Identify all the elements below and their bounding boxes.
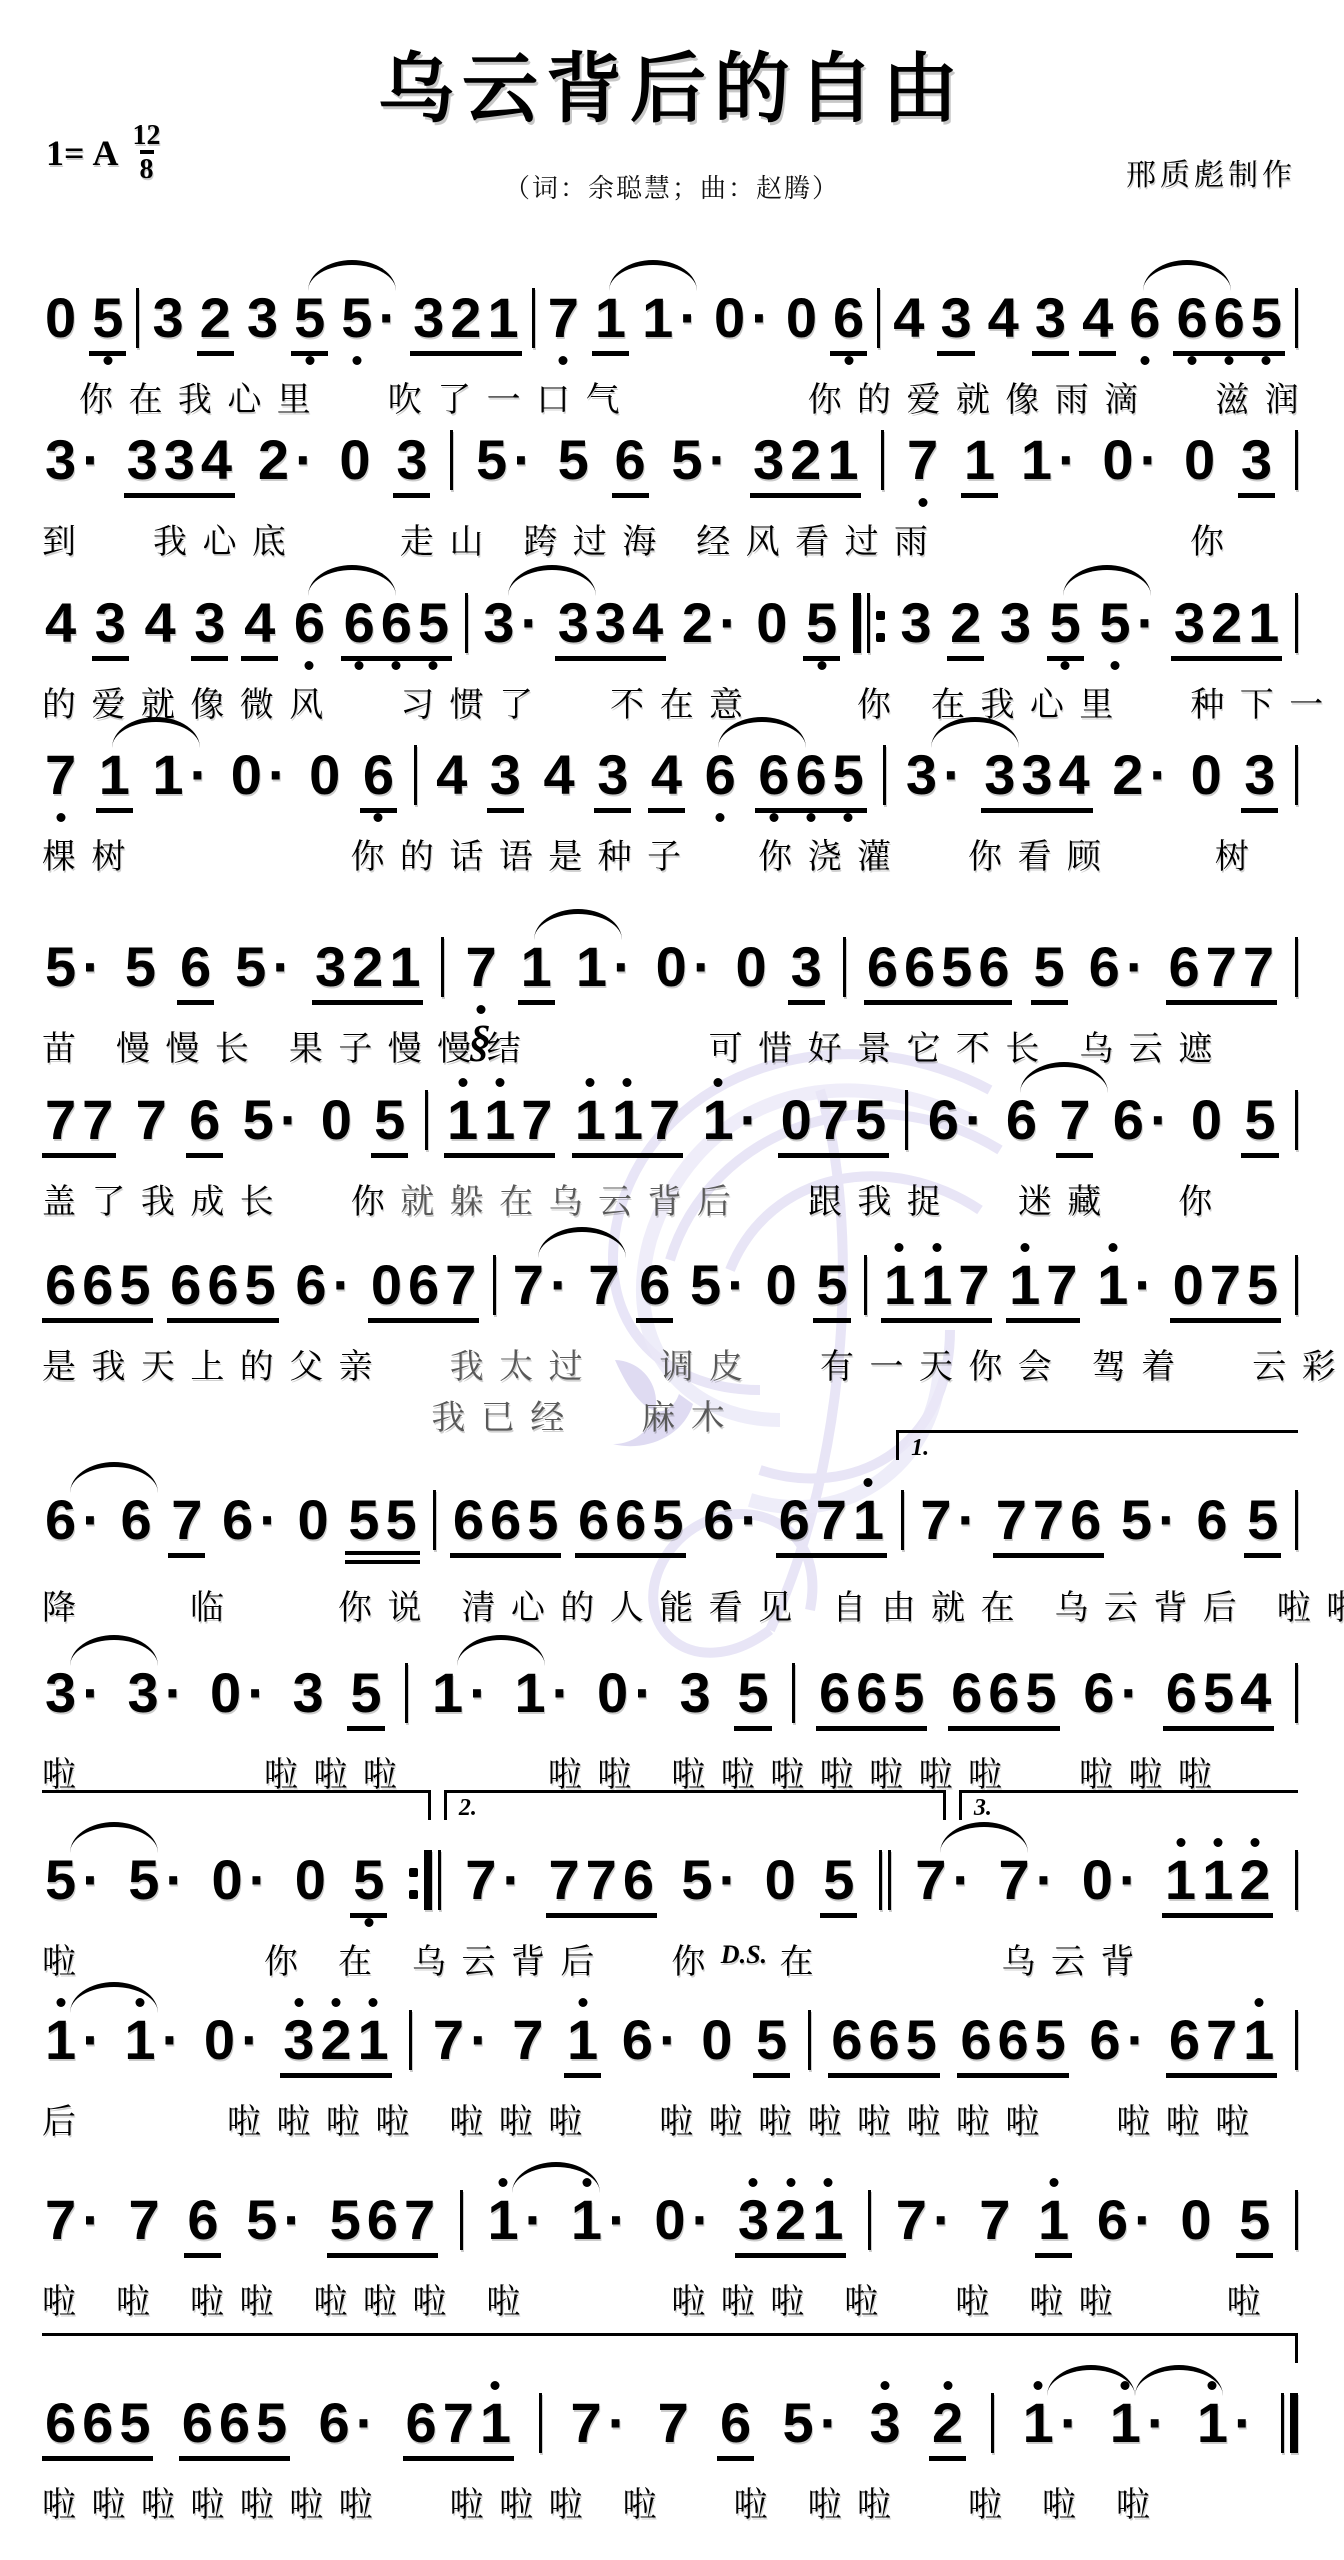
note: 1· (1018, 408, 1080, 488)
note-digit: 6 (1163, 1665, 1200, 1721)
note-digit: 5 (938, 939, 975, 995)
note: 6 (117, 1468, 154, 1548)
note: 3 (149, 266, 186, 346)
note-digit: 5 (240, 1092, 277, 1148)
note-digit: 3 (594, 747, 631, 803)
lyric-segment: 啦 啦 啦 啦 啦 啦 啦 啦 啦 啦 啦 啦 啦 啦 啦 啦 (42, 2283, 1264, 2321)
note: 1 (961, 408, 998, 498)
note-digit: 6 (702, 747, 739, 803)
note-digit: 5 (852, 1092, 889, 1148)
note: 665 (341, 571, 452, 661)
note-digit: 7 (1056, 1092, 1093, 1148)
note-digit: 6 (42, 2395, 79, 2451)
note-digit: 6 (717, 2395, 754, 2451)
note-digit: 5 (42, 939, 79, 995)
note-digit: 0 (1079, 1852, 1116, 1908)
note-digit: 4 (985, 290, 1022, 346)
augmentation-dot: · (930, 2192, 955, 2248)
music-system-8: 1.6·676·0556656656·6717·7765·65降 临 你 说 清… (42, 1468, 1298, 1629)
note-digit: 6 (291, 595, 328, 651)
augmentation-dot: · (79, 1665, 104, 1721)
note: 3 (677, 1641, 714, 1721)
note-digit: 1 (1018, 432, 1055, 488)
barline (409, 2010, 412, 2070)
note: 5 (1047, 571, 1084, 661)
note-digit: 6 (901, 939, 938, 995)
note-digit: 4 (198, 432, 235, 488)
note-digit: 3 (1171, 595, 1208, 651)
note-digit: 6 (219, 1492, 256, 1548)
augmentation-dot: · (690, 939, 715, 995)
note-digit: 6 (865, 2012, 902, 2068)
note: 0 (306, 723, 343, 803)
augmentation-dot: · (499, 1852, 524, 1908)
augmentation-dot: · (79, 1492, 104, 1548)
note-digit: 0 (368, 1257, 405, 1313)
note-digit: 7 (1203, 2012, 1240, 2068)
note-digit: 3 (1238, 432, 1275, 488)
note-digit: 3 (592, 595, 629, 651)
note: 5· (240, 1068, 302, 1148)
note-digit: 5 (116, 2395, 153, 2451)
note-digit: 7 (993, 1492, 1030, 1548)
note-digit: 5 (1241, 1092, 1278, 1148)
note-digit: 5 (350, 1852, 387, 1908)
note-digit: 1 (149, 747, 186, 803)
note-digit: 1 (609, 1092, 646, 1148)
note: 6· (1086, 915, 1148, 995)
note: 0 (295, 1468, 332, 1548)
augmentation-dot: · (466, 1665, 491, 1721)
note-digit: 7 (168, 1492, 205, 1548)
music-system-13: 6656656·6717·765·321·1·1·啦 啦 啦 啦 啦 啦 啦 啦… (42, 2371, 1298, 2526)
barline-group (879, 1828, 891, 1910)
note-digit: 7 (583, 1852, 620, 1908)
note-digit: 0 (698, 2012, 735, 2068)
note: 0· (1099, 408, 1161, 488)
music-system-10: 2.3.5·5·0·057·7765·057·7·0·112啦 你 在 乌 云 … (42, 1828, 1298, 1983)
note-digit: 7 (545, 290, 582, 346)
note: 5 (734, 1641, 771, 1731)
note-digit: 3 (555, 595, 592, 651)
note-digit: 5 (890, 1665, 927, 1721)
barline (539, 2393, 542, 2453)
lyrics-row: 啦 啦 啦 啦 啦 啦 啦 啦 啦 啦 啦 啦 啦 啦 啦 啦 啦 (42, 2477, 1298, 2526)
note-digit: 6 (612, 432, 649, 488)
note: 1· (1194, 2371, 1256, 2451)
note: 6 (186, 1068, 223, 1158)
note: 1 (518, 915, 555, 1005)
lyrics-row: 棵 树 你 的 话 语 是 种 子 你 浇 灌 你 看 顾 树 (42, 829, 1298, 878)
note: 7 (904, 408, 941, 488)
note: 2 (947, 571, 984, 661)
note: 6· (1080, 1641, 1142, 1721)
volta-bracket: 3. (959, 1790, 1298, 1820)
note-digit: 6 (985, 1665, 1022, 1721)
note-digit: 6 (450, 1492, 487, 1548)
note-digit: 0 (207, 1665, 244, 1721)
note: 1· (568, 2168, 630, 2248)
note-digit: 7 (655, 2395, 692, 2451)
note-digit: 7 (815, 1092, 852, 1148)
note-digit: 5 (473, 432, 510, 488)
note: 0· (201, 1988, 263, 2068)
note-digit: 5 (1200, 1665, 1237, 1721)
note: 6· (315, 2371, 377, 2451)
barline (881, 430, 884, 490)
note-digit: 3 (1241, 747, 1278, 803)
music-system-12: 7·765·5671·1·0·3217·716·05啦 啦 啦 啦 啦 啦 啦 … (42, 2168, 1298, 2323)
note: 671 (403, 2371, 514, 2461)
lyrics-row: 是 我 天 上 的 父 亲 我 太 过 调 皮 有 一 天 你 会 驾 着 云 … (42, 1339, 1298, 1388)
notes-row: 1·1·0·3217·716·056656656·671 (42, 1988, 1298, 2078)
augmentation-dot: · (1131, 1257, 1156, 1313)
note: 5 (555, 408, 592, 488)
note-digit: 3 (981, 747, 1018, 803)
note-digit: 6 (292, 1257, 329, 1313)
note-digit: 5 (830, 747, 867, 803)
note-digit: 4 (142, 595, 179, 651)
lyric-segment: 调 皮 (660, 1348, 746, 1386)
barline (424, 1850, 432, 1910)
note-digit: 7 (893, 2192, 930, 2248)
note-digit: 5 (89, 290, 126, 346)
note-digit: 6 (179, 2395, 216, 2451)
note-digit: 6 (1080, 1665, 1117, 1721)
augmentation-dot: · (1123, 939, 1148, 995)
note-digit: 0 (711, 290, 748, 346)
note: 55 (345, 1468, 419, 1564)
note: 3 (937, 266, 974, 356)
augmentation-dot: · (549, 1665, 574, 1721)
note-digit: 0 (1188, 747, 1225, 803)
note: 665 (450, 1468, 561, 1558)
augmentation-dot: · (238, 2012, 263, 2068)
note-digit: 3 (42, 1665, 79, 1721)
note: 0· (1079, 1828, 1141, 1908)
lyric-segment: 的 爱 就 像 微 风 习 惯 了 不 在 意 你 在 我 心 里 种 下 一 (42, 686, 1326, 724)
note: 3· (903, 723, 965, 803)
maker-credit: 邢质彪制作 (1126, 150, 1296, 194)
lyric-segment: 有 一 天 你 会 驾 着 云 彩 (746, 1348, 1339, 1386)
note-digit: 7 (568, 2395, 605, 2451)
augmentation-dot: · (330, 1257, 355, 1313)
note-digit: 2 (772, 2192, 809, 2248)
note: 0 (753, 571, 790, 651)
augmentation-dot: · (246, 1852, 271, 1908)
note: 5· (232, 915, 294, 995)
note-digit: 5 (42, 1852, 79, 1908)
note-digit: 1 (1199, 1852, 1236, 1908)
note: 4 (142, 571, 179, 651)
barline (888, 1850, 891, 1910)
note-digit: 1 (961, 432, 998, 488)
augmentation-dot: · (269, 939, 294, 995)
note: 0· (208, 1828, 270, 1908)
note: 665 (42, 1233, 153, 1323)
barline (864, 1255, 867, 1315)
note-digit: 6 (948, 1665, 985, 1721)
note-digit: 3 (125, 1665, 162, 1721)
lyric-segment: 啦 你 在 乌 云 背 后 你 (42, 1943, 721, 1981)
note-digit: 6 (864, 939, 901, 995)
volta-bracket (42, 2333, 1298, 2363)
note-digit: 0 (753, 595, 790, 651)
note: 6 (1126, 266, 1163, 346)
note: 0 (733, 915, 770, 995)
note-digit: 5 (116, 1257, 153, 1313)
note-digit: 3 (897, 595, 934, 651)
note-digit: 7 (79, 1092, 116, 1148)
note: 0 (336, 408, 373, 488)
barline (1295, 430, 1298, 490)
note: 6· (1094, 2168, 1156, 2248)
note: 0 (1188, 1068, 1225, 1148)
note-digit: 0 (336, 432, 373, 488)
note-digit: 5 (122, 939, 159, 995)
barline (532, 288, 535, 348)
note-digit: 3 (750, 432, 787, 488)
augmentation-dot: · (522, 2192, 547, 2248)
note: 5 (1236, 2168, 1273, 2258)
note-digit: 6 (776, 1492, 813, 1548)
note: 6· (292, 1233, 354, 1313)
note: 1· (429, 1641, 491, 1721)
note: 6· (219, 1468, 281, 1548)
note-digit: 0 (295, 1492, 332, 1548)
lyric-segment: 在 乌 云 背 (767, 1943, 1137, 1981)
barline (425, 1090, 428, 1150)
note: 3 (1241, 723, 1278, 813)
note-digit: 6 (995, 2012, 1032, 2068)
note-digit: 2 (197, 290, 234, 346)
note: 5· (243, 2168, 305, 2248)
note: 654 (1163, 1641, 1274, 1731)
lyric-segment: 跟 我 捉 迷 藏 你 (734, 1183, 1215, 1221)
augmentation-dot: · (510, 432, 535, 488)
note: 5 (350, 1828, 387, 1918)
repeat-dots (876, 611, 885, 642)
note-digit: 7 (463, 939, 500, 995)
note-digit: 0 (762, 1257, 799, 1313)
lyric-segment: 盖 了 我 成 长 你 (42, 1183, 400, 1221)
note: 665 (948, 1641, 1059, 1731)
note-digit: 6 (79, 2395, 116, 2451)
note: 7· (462, 1828, 524, 1908)
augmentation-dot: · (676, 290, 701, 346)
barline (877, 288, 880, 348)
note-digit: 6 (620, 1852, 657, 1908)
note-digit: 5 (649, 1492, 686, 1548)
note-digit: 7 (509, 2012, 546, 2068)
note-digit: 5 (903, 2012, 940, 2068)
note: 6· (42, 1468, 104, 1548)
note-digit: 6 (755, 747, 792, 803)
note-digit: 6 (204, 1257, 241, 1313)
note-digit: 2 (317, 2012, 354, 2068)
note-digit: 7 (42, 747, 79, 803)
note: 5· (125, 1828, 187, 1908)
note-digit: 1 (639, 290, 676, 346)
note-digit: 7 (42, 2192, 79, 2248)
note-digit: 0 (594, 1665, 631, 1721)
note: 6 (177, 915, 214, 1005)
note-digit: 5 (1047, 595, 1084, 651)
note: 776 (993, 1468, 1104, 1558)
augmentation-dot: · (706, 432, 731, 488)
note: 7 (976, 2168, 1013, 2248)
barline (493, 1255, 496, 1315)
note-digit: 5 (687, 1257, 724, 1313)
barline (868, 2190, 871, 2250)
volta-bracket (42, 1790, 431, 1820)
note-digit: 7 (133, 1092, 170, 1148)
notes-row: 3·3342·035·565·321711·0·03 (42, 408, 1298, 498)
note-digit: 5 (241, 1257, 278, 1313)
note-digit: 7 (1207, 1257, 1244, 1313)
note-digit: 6 (1166, 939, 1203, 995)
note: 5 (813, 1233, 850, 1323)
note-digit: 7 (904, 432, 941, 488)
note: 3 (290, 1641, 327, 1721)
augmentation-dot: · (375, 290, 400, 346)
barline (1295, 1663, 1298, 1723)
augmentation-dot: · (162, 1665, 187, 1721)
note-digit: 4 (540, 747, 577, 803)
notes-row: 7·765·5671·1·0·3217·716·05 (42, 2168, 1298, 2258)
barline (843, 937, 846, 997)
note-digit: 7 (430, 2012, 467, 2068)
note: 5 (291, 266, 328, 356)
note: 5 (1241, 1068, 1278, 1158)
note: 5 (89, 266, 126, 356)
lyric-segment: 苗 慢 慢 长 果 子 慢 慢 结 可 惜 好 景 它 不 长 乌 云 遮 (42, 1030, 1215, 1068)
barline (1281, 2393, 1284, 2453)
note-digit: 3 (937, 290, 974, 346)
note: 5· (42, 1828, 104, 1908)
note: 117 (444, 1068, 555, 1158)
note-digit: 0 (1099, 432, 1136, 488)
note-digit: 6 (816, 1665, 853, 1721)
note: 7 (463, 915, 500, 995)
note: 6 (717, 2371, 754, 2461)
note: 6 (291, 571, 328, 651)
note-digit: 5 (347, 1665, 384, 1721)
note: 776 (546, 1828, 657, 1918)
note-digit: 0 (783, 290, 820, 346)
augmentation-dot: · (79, 2192, 104, 2248)
note-digit: 5 (345, 1492, 382, 1548)
notes-row: 2.3.5·5·0·057·7765·057·7·0·112 (42, 1828, 1298, 1918)
note: 5· (42, 915, 104, 995)
note: 3· (125, 1641, 187, 1721)
note-digit: 1 (1194, 2395, 1231, 2451)
note: 7· (42, 2168, 104, 2248)
note-digit: 0 (306, 747, 343, 803)
augmentation-dot: · (162, 1852, 187, 1908)
note-digit: 5 (803, 595, 840, 651)
augmentation-dot: · (954, 1492, 979, 1548)
note-digit: 5 (668, 432, 705, 488)
lyrics-row: 的 爱 就 像 微 风 习 惯 了 不 在 意 你 在 我 心 里 种 下 一 (42, 677, 1298, 726)
note: 0 (762, 1828, 799, 1908)
note-digit: 5 (1096, 595, 1133, 651)
note-digit: 1 (824, 432, 861, 488)
note: 671 (776, 1468, 887, 1558)
note: 321 (312, 915, 423, 1005)
notes-row: 711·0·064343466653·3342·03 (42, 723, 1298, 813)
barline (465, 593, 468, 653)
note: 7 (585, 1233, 622, 1313)
note-digit: 3 (997, 595, 1034, 651)
note-digit: 1 (1035, 2192, 1072, 2248)
note: 3· (42, 408, 104, 488)
augmentation-dot: · (605, 2192, 630, 2248)
note-digit: 6 (117, 1492, 154, 1548)
note: 321 (280, 1988, 391, 2078)
note-digit: 1 (1094, 1257, 1131, 1313)
lyric-segment: 降 临 你 说 清 心 的 人 能 看 见 自 由 就 在 乌 云 背 后 啦 … (42, 1589, 1344, 1627)
note-digit: 6 (1003, 1092, 1040, 1148)
note-digit: 3 (280, 2012, 317, 2068)
lyric-segment: 到 我 心 底 走 山 跨 过 海 经 风 看 过 雨 你 (42, 523, 1227, 561)
note-digit: 7 (585, 1257, 622, 1313)
augmentation-dot: · (256, 1492, 281, 1548)
note: 671 (1166, 1988, 1277, 2078)
note-digit: 6 (1067, 1492, 1104, 1548)
note-digit: 1 (96, 747, 133, 803)
note: 0· (207, 1641, 269, 1721)
augmentation-dot: · (1146, 747, 1171, 803)
note-digit: 6 (42, 1492, 79, 1548)
note: 5· (1118, 1468, 1180, 1548)
note: 6 (1003, 1068, 1040, 1148)
note-digit: 6 (405, 1257, 442, 1313)
music-system-9: 3·3·0·351·1·0·356656656·654啦 啦 啦 啦 啦 啦 啦… (42, 1641, 1298, 1796)
note-digit: 0 (318, 1092, 355, 1148)
music-system-6: §77765·051171171·0756·676·05盖 了 我 成 长 你 … (42, 1068, 1298, 1223)
note: 334 (555, 571, 666, 661)
note: 112 (1162, 1828, 1273, 1918)
note-digit: 7 (1043, 1257, 1080, 1313)
note-digit: 7 (440, 2395, 477, 2451)
note-digit: 7 (1203, 939, 1240, 995)
lyrics-row: 啦 啦 啦 啦 啦 啦 啦 啦 啦 啦 啦 啦 啦 啦 啦 啦 (42, 1747, 1298, 1796)
note-digit: 6 (186, 1092, 223, 1148)
note: 5· (678, 1828, 740, 1908)
note-digit: 7 (976, 2192, 1013, 2248)
note-digit: 5 (338, 290, 375, 346)
note: 3 (244, 266, 281, 346)
note-digit: 3 (480, 595, 517, 651)
lyric-segment: 后 啦 啦 啦 啦 啦 啦 啦 啦 啦 啦 啦 啦 啦 啦 啦 啦 啦 啦 (42, 2103, 1252, 2141)
note-digit: 5 (125, 1852, 162, 1908)
notes-row: 6656656·6717·765·321·1·1· (42, 2371, 1298, 2461)
note-digit: 5 (1031, 939, 1068, 995)
note: 3 (1238, 408, 1275, 498)
note-digit: 3 (867, 2395, 904, 2451)
note-digit: 5 (327, 2192, 364, 2248)
note-digit: 5 (232, 939, 269, 995)
note-digit: 4 (648, 747, 685, 803)
note: 1 (96, 723, 133, 813)
barline (1295, 745, 1298, 805)
note-digit: 2 (447, 290, 484, 346)
notes-row: 3·3·0·351·1·0·356656656·654 (42, 1641, 1298, 1731)
note-digit: 5 (1248, 290, 1285, 346)
note-digit: 2 (349, 939, 386, 995)
note-digit: 4 (890, 290, 927, 346)
